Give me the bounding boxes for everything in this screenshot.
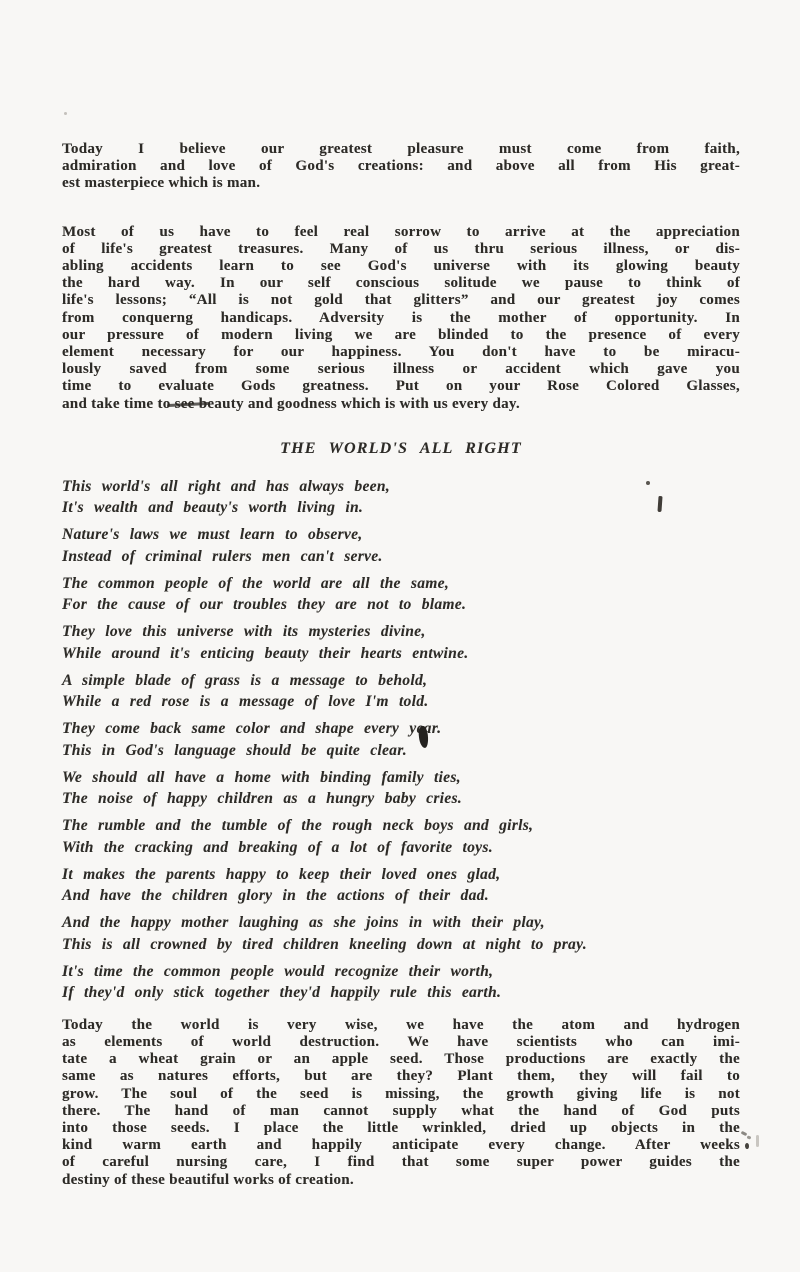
text-block: Today I believe our greatest pleasure mu… xyxy=(62,141,740,1189)
poem-couplet: A simple blade of grass is a message to … xyxy=(62,670,740,713)
poem-line: This world's all right and has always be… xyxy=(62,476,740,498)
poem-couplet: Nature's laws we must learn to observe, … xyxy=(62,524,740,567)
paragraph-line: Today I believe our greatest pleasure mu… xyxy=(62,141,740,158)
poem-couplet: It makes the parents happy to keep their… xyxy=(62,864,740,907)
paragraph-sorrow: Most of us have to feel real sorrow to a… xyxy=(62,224,740,413)
paragraph-line: element necessary for our happiness. You… xyxy=(62,344,740,361)
poem-line: This is all crowned by tired children kn… xyxy=(62,934,740,956)
paragraph-line: grow. The soul of the seed is missing, t… xyxy=(62,1086,740,1103)
paragraph-line: tate a wheat grain or an apple seed. Tho… xyxy=(62,1051,740,1068)
poem-couplet: We should all have a home with binding f… xyxy=(62,767,740,810)
poem-title: THE WORLD'S ALL RIGHT xyxy=(62,439,740,459)
ink-smudge xyxy=(756,1135,759,1147)
paragraph-line: our pressure of modern living we are bli… xyxy=(62,327,740,344)
paragraph-line: est masterpiece which is man. xyxy=(62,175,740,192)
poem-line: With the cracking and breaking of a lot … xyxy=(62,837,740,859)
poem-line: If they'd only stick together they'd hap… xyxy=(62,982,740,1004)
poem-couplet: It's time the common people would recogn… xyxy=(62,961,740,1004)
poem-line: And have the children glory in the actio… xyxy=(62,885,740,907)
poem: This world's all right and has always be… xyxy=(62,476,740,1004)
poem-line: A simple blade of grass is a message to … xyxy=(62,670,740,692)
poem-line: Nature's laws we must learn to observe, xyxy=(62,524,740,546)
paragraph-line: there. The hand of man cannot supply wha… xyxy=(62,1103,740,1120)
paragraph-line: Today the world is very wise, we have th… xyxy=(62,1017,740,1034)
paragraph-line: and take time to see beauty and goodness… xyxy=(62,396,740,413)
paragraph-line: kind warm earth and happily anticipate e… xyxy=(62,1137,740,1154)
poem-couplet: They come back same color and shape ever… xyxy=(62,718,740,761)
paragraph-line: of careful nursing care, I find that som… xyxy=(62,1154,740,1171)
ink-tick xyxy=(747,1135,752,1139)
paragraph-line: into those seeds. I place the little wri… xyxy=(62,1120,740,1137)
scanned-book-page: Today I believe our greatest pleasure mu… xyxy=(0,0,800,1272)
paragraph-line: life's lessons; “All is not gold that gl… xyxy=(62,292,740,309)
paragraph-line: lously saved from some serious illness o… xyxy=(62,361,740,378)
poem-line: For the cause of our troubles they are n… xyxy=(62,594,740,616)
ink-dot xyxy=(745,1143,749,1149)
poem-couplet: The common people of the world are all t… xyxy=(62,573,740,616)
paragraph-line: same as natures efforts, but are they? P… xyxy=(62,1068,740,1085)
poem-line: It's time the common people would recogn… xyxy=(62,961,740,983)
poem-couplet: And the happy mother laughing as she joi… xyxy=(62,912,740,955)
paragraph-line: destiny of these beautiful works of crea… xyxy=(62,1172,740,1189)
ink-tick xyxy=(741,1131,748,1136)
poem-line: The rumble and the tumble of the rough n… xyxy=(62,815,740,837)
poem-couplet: This world's all right and has always be… xyxy=(62,476,740,519)
poem-line: It makes the parents happy to keep their… xyxy=(62,864,740,886)
poem-line: And the happy mother laughing as she joi… xyxy=(62,912,740,934)
poem-line: Instead of criminal rulers men can't ser… xyxy=(62,546,740,568)
poem-line: It's wealth and beauty's worth living in… xyxy=(62,497,740,519)
paragraph-line: abling accidents learn to see God's univ… xyxy=(62,258,740,275)
paragraph-line: time to evaluate Gods greatness. Put on … xyxy=(62,378,740,395)
paragraph-line: the hard way. In our self conscious soli… xyxy=(62,275,740,292)
poem-line: While a red rose is a message of love I'… xyxy=(62,691,740,713)
poem-line: We should all have a home with binding f… xyxy=(62,767,740,789)
poem-line: While around it's enticing beauty their … xyxy=(62,643,740,665)
paragraph-line: as elements of world destruction. We hav… xyxy=(62,1034,740,1051)
ink-speck xyxy=(64,112,67,115)
poem-line: They love this universe with its mysteri… xyxy=(62,621,740,643)
paragraph-line: Most of us have to feel real sorrow to a… xyxy=(62,224,740,241)
paragraph-closing: Today the world is very wise, we have th… xyxy=(62,1017,740,1189)
paragraph-line: from conquerng handicaps. Adversity is t… xyxy=(62,310,740,327)
paragraph-line: admiration and love of God's creations: … xyxy=(62,158,740,175)
poem-line: This in God's language should be quite c… xyxy=(62,740,740,762)
poem-couplet: They love this universe with its mysteri… xyxy=(62,621,740,664)
poem-couplet: The rumble and the tumble of the rough n… xyxy=(62,815,740,858)
paragraph-faith: Today I believe our greatest pleasure mu… xyxy=(62,141,740,193)
poem-line: They come back same color and shape ever… xyxy=(62,718,740,740)
poem-line: The common people of the world are all t… xyxy=(62,573,740,595)
paragraph-line: of life's greatest treasures. Many of us… xyxy=(62,241,740,258)
poem-line: The noise of happy children as a hungry … xyxy=(62,788,740,810)
